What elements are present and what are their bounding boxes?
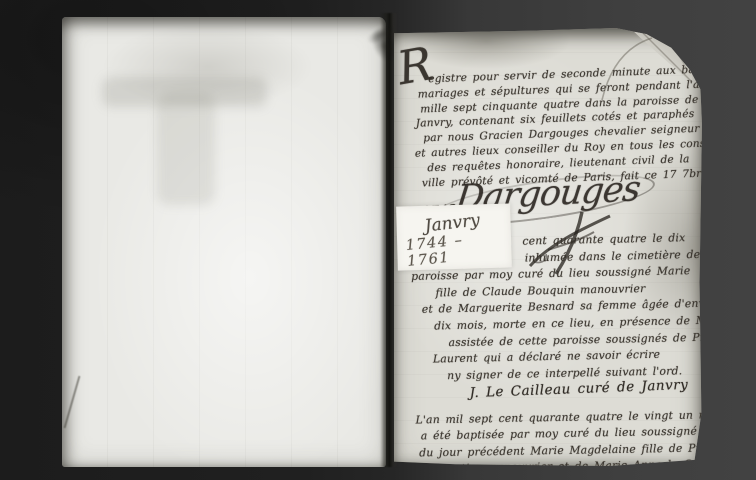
baptism-record: L'an mil sept cent quarante quatre le vi… (415, 408, 698, 479)
initial-capital: R (397, 56, 434, 77)
baptism-line: Panmetier manouvrier et de Marie Anne le… (416, 457, 698, 478)
burial-record: cent quarante quatre le dix inhumée dans… (404, 230, 697, 402)
register-declaration: R egistre pour servir de seconde minute … (412, 63, 688, 191)
page-stain (102, 77, 267, 107)
scanned-register-spread: R egistre pour servir de seconde minute … (0, 0, 756, 480)
left-blank-page (62, 17, 386, 467)
crease-line (64, 376, 81, 428)
manuscript-page: R egistre pour servir de seconde minute … (394, 28, 702, 466)
